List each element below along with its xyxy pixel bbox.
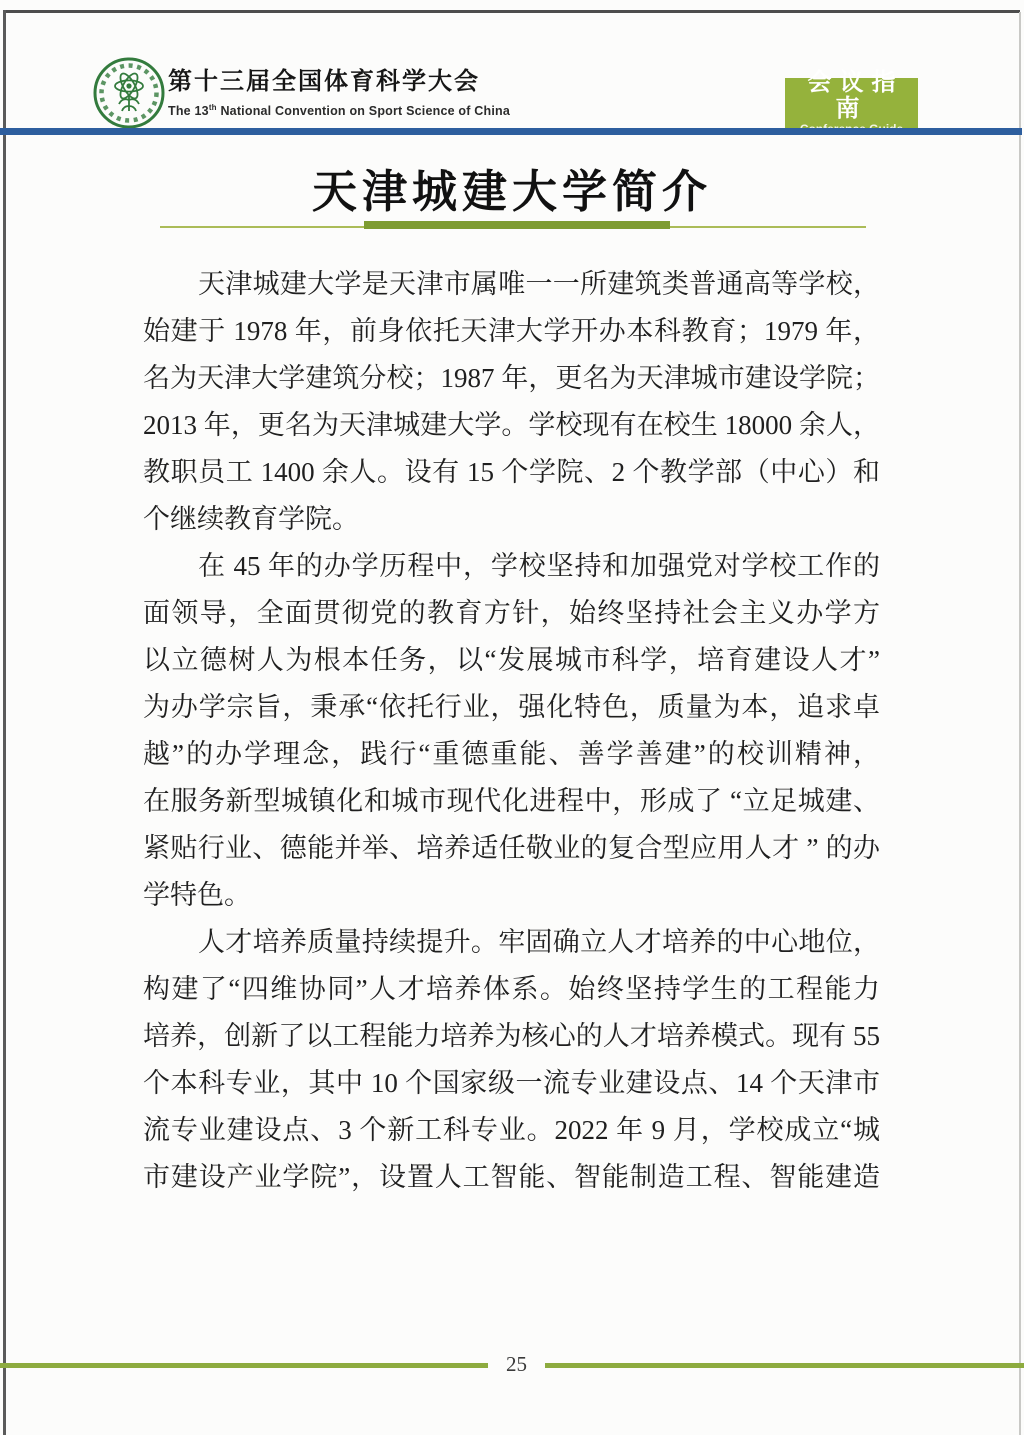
paragraph-3-line: 构建了“四维协同”人才培养体系。始终坚持学生的工程能力 — [143, 966, 880, 1013]
conference-title-en: The 13th National Convention on Sport Sc… — [168, 103, 648, 118]
page-title: 天津城建大学简介 — [0, 155, 1024, 220]
paragraph-1-line: 始建于 1978 年，前身依托天津大学开办本科教育；1979 年，更 — [143, 308, 880, 355]
paragraph-2-line: 学特色。 — [143, 872, 880, 919]
paragraph-1-line: 个继续教育学院。 — [143, 496, 880, 543]
paragraph-2-line: 在 45 年的办学历程中，学校坚持和加强党对学校工作的全 — [143, 543, 880, 590]
paragraph-2-line: 越”的办学理念，践行“重德重能、善学善建”的校训精神， — [143, 731, 880, 778]
page-number: 25 — [488, 1352, 545, 1377]
paragraph-3-line: 流专业建设点、3 个新工科专业。2022 年 9 月，学校成立“城 — [143, 1107, 880, 1154]
badge-label-cn: 会议指南 — [785, 70, 918, 122]
scan-border-top — [4, 10, 1020, 13]
document-page: 第十三届全国体育科学大会 The 13th National Conventio… — [0, 0, 1024, 1435]
paragraph-2-line: 为办学宗旨，秉承“依托行业，强化特色，质量为本，追求卓 — [143, 684, 880, 731]
title-underline-thick — [364, 221, 670, 229]
paragraph-3-line: 市建设产业学院”，设置人工智能、智能制造工程、智能建造三 — [143, 1154, 880, 1201]
header-divider-rule — [0, 128, 1022, 135]
conference-title-cn: 第十三届全国体育科学大会 — [168, 66, 648, 98]
paragraph-3-line: 人才培养质量持续提升。牢固确立人才培养的中心地位， — [143, 919, 880, 966]
paragraph-1-line: 天津城建大学是天津市属唯一一所建筑类普通高等学校， — [143, 261, 880, 308]
paragraph-2-line: 紧贴行业、德能并举、培养适任敬业的复合型应用人才 ” 的办 — [143, 825, 880, 872]
scan-border-left — [3, 10, 6, 1435]
conference-guide-badge: 会议指南 Conference Guide — [785, 78, 918, 128]
paragraph-2-line: 以立德树人为根本任务，以“发展城市科学，培育建设人才” — [143, 637, 880, 684]
conference-header: 第十三届全国体育科学大会 The 13th National Conventio… — [168, 66, 648, 118]
sport-science-society-logo-icon — [90, 54, 168, 132]
paragraph-2-line: 在服务新型城镇化和城市现代化进程中，形成了 “立足城建、 — [143, 778, 880, 825]
paragraph-1-line: 2013 年，更名为天津城建大学。学校现有在校生 18000 余人， — [143, 402, 880, 449]
body-text: 天津城建大学是天津市属唯一一所建筑类普通高等学校， 始建于 1978 年，前身依… — [143, 261, 880, 1201]
paragraph-1-line: 名为天津大学建筑分校；1987 年，更名为天津城市建设学院； — [143, 355, 880, 402]
paragraph-2-line: 面领导，全面贯彻党的教育方针，始终坚持社会主义办学方向， — [143, 590, 880, 637]
paragraph-3-line: 培养，创新了以工程能力培养为核心的人才培养模式。现有 55 — [143, 1013, 880, 1060]
paragraph-3-line: 个本科专业，其中 10 个国家级一流专业建设点、14 个天津市一 — [143, 1060, 880, 1107]
footer-rule-right — [545, 1363, 1024, 1368]
footer-rule-left — [0, 1363, 488, 1368]
paragraph-1-line: 教职员工 1400 余人。设有 15 个学院、2 个教学部（中心）和 1 — [143, 449, 880, 496]
scan-border-right — [1019, 12, 1021, 1435]
